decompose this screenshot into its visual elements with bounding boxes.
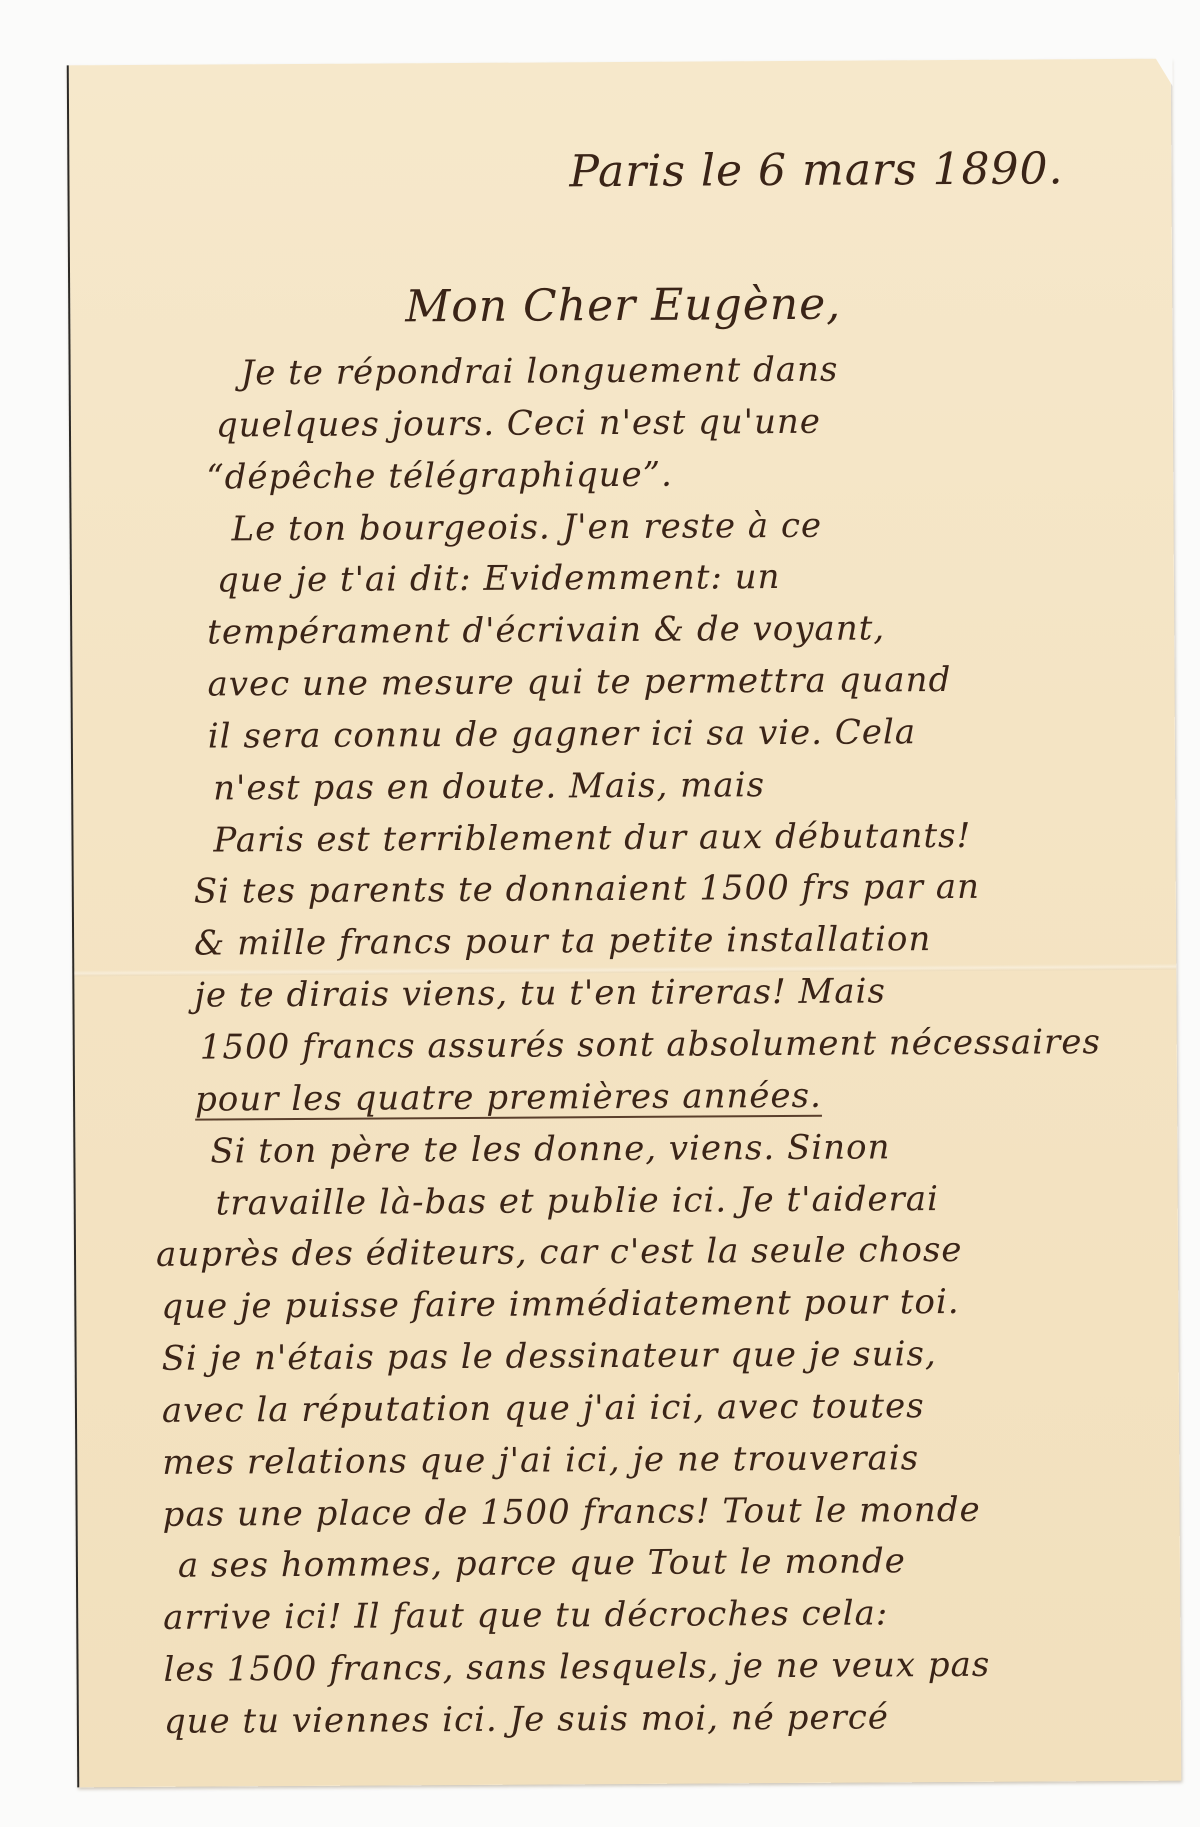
letter-line: Le ton bourgeois. J'en reste à ce [231, 508, 822, 546]
letter-line: Je te répondrai longuement dans [241, 353, 839, 391]
letter-line: avec une mesure qui te permettra quand [207, 663, 951, 702]
letter-line: que je puisse faire immédiatement pour t… [161, 1285, 959, 1324]
letter-line: mes relations que j'ai ici, je ne trouve… [162, 1441, 919, 1480]
letter-line: je te dirais viens, tu t'en tireras! Mai… [194, 975, 886, 1013]
letter-line: il sera connu de gagner ici sa vie. Cela [208, 715, 916, 753]
letter-line: arrive ici! Il faut que tu décroches cel… [163, 1597, 888, 1635]
folded-corner [1155, 57, 1173, 87]
letter-line: a ses hommes, parce que Tout le monde [178, 1545, 906, 1583]
letter-line: n'est pas en doute. Mais, mais [213, 768, 765, 805]
letter-line: & mille francs pour ta petite installati… [194, 922, 931, 961]
letter-line: que je t'ai dit: Evidemment: un [217, 560, 781, 597]
letter-line: auprès des éditeurs, car c'est la seule … [156, 1233, 963, 1272]
letter-line: que tu viennes ici. Je suis moi, né perc… [164, 1700, 889, 1738]
letter-line: quelques jours. Ceci n'est qu'une [216, 405, 821, 443]
letter-sheet: Paris le 6 mars 1890. Mon Cher Eugène, J… [67, 59, 1181, 1788]
letter-salutation: Mon Cher Eugène, [405, 283, 841, 330]
letter-line: Si ton père te les donne, viens. Sinon [210, 1130, 890, 1168]
letter-line: 1500 francs assurés sont absolument néce… [200, 1025, 1101, 1065]
letter-line: Si tes parents te donnaient 1500 frs par… [194, 870, 980, 909]
letter-line: “dépêche télégraphique”. [206, 457, 673, 494]
letter-line: travaille là-bas et publie ici. Je t'aid… [216, 1182, 939, 1220]
letter-line: les 1500 francs, sans lesquels, je ne ve… [163, 1648, 990, 1687]
letter-line: Paris est terriblement dur aux débutants… [213, 818, 971, 857]
letter-line: pour les quatre premières années. [195, 1079, 822, 1117]
letter-line: Si je n'étais pas le dessinateur que je … [162, 1337, 937, 1376]
letter-line: avec la réputation que j'ai ici, avec to… [162, 1389, 925, 1428]
letter-dateline: Paris le 6 mars 1890. [569, 147, 1063, 194]
letter-line: tempérament d'écrivain & de voyant, [207, 612, 885, 650]
letter-line: pas une place de 1500 francs! Tout le mo… [163, 1492, 981, 1531]
